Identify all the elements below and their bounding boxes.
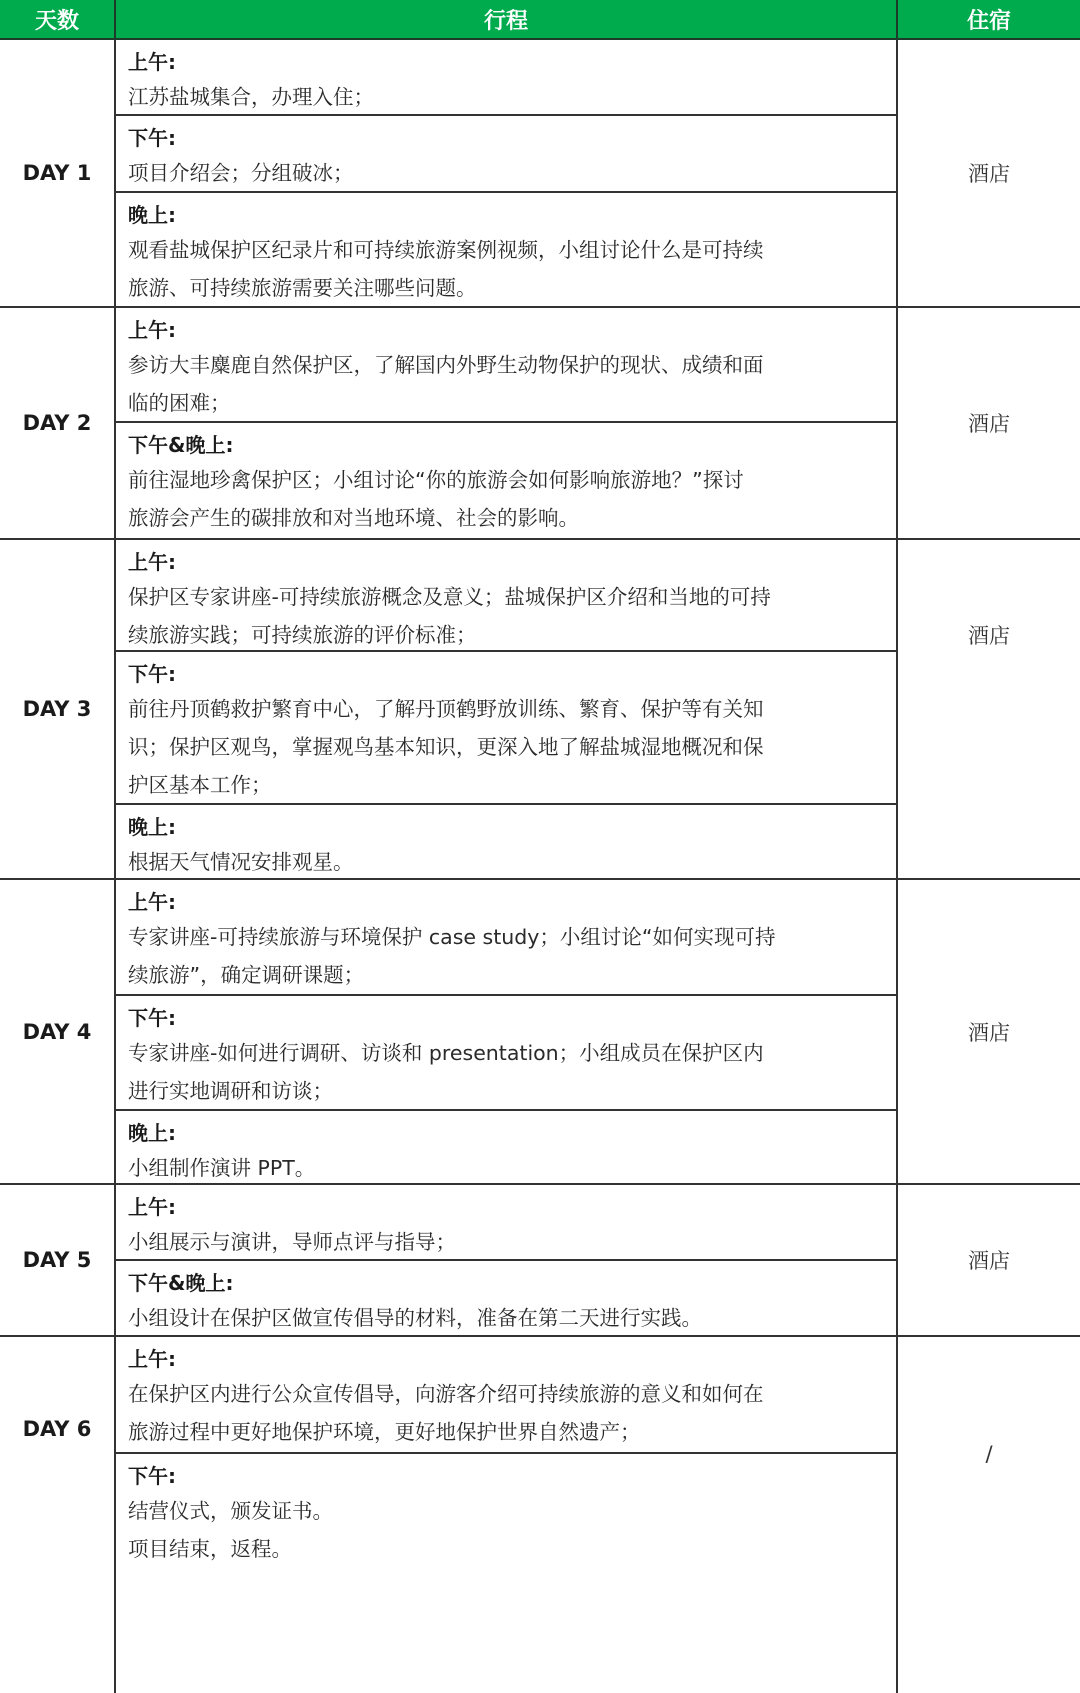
segment-label: 晚上: [128,811,896,843]
segment-label: 上午: [128,1191,896,1223]
segment: 晚上: 根据天气情况安排观星。 [116,805,896,881]
segment-text: 专家讲座-可持续旅游与环境保护 case study；小组讨论“如何实现可持 续… [128,918,896,994]
day-row-2: DAY 2 上午: 参访大丰麋鹿自然保护区，了解国内外野生动物保护的现状、成绩和… [0,308,1080,540]
day-label: DAY 4 [0,880,116,1183]
segment: 下午: 前往丹顶鹤救护繁育中心，了解丹顶鹤野放训练、繁育、保护等有关知 识；保护… [116,652,896,805]
header-lodging: 住宿 [898,0,1080,38]
segment: 晚上: 小组制作演讲 PPT。 [116,1111,896,1187]
day-itinerary: 上午: 江苏盐城集合，办理入住； 下午: 项目介绍会；分组破冰； 晚上: 观看盐… [116,40,898,306]
itinerary-table: 天数 行程 住宿 DAY 1 上午: 江苏盐城集合，办理入住； 下午: 项目介绍… [0,0,1080,1693]
day-itinerary: 上午: 在保护区内进行公众宣传倡导，向游客介绍可持续旅游的意义和如何在 旅游过程… [116,1337,898,1693]
segment: 上午: 参访大丰麋鹿自然保护区，了解国内外野生动物保护的现状、成绩和面 临的困难… [116,308,896,423]
day-label: DAY 2 [0,308,116,538]
segment: 上午: 在保护区内进行公众宣传倡导，向游客介绍可持续旅游的意义和如何在 旅游过程… [116,1337,896,1454]
segment-label: 下午: [128,1002,896,1034]
segment-label: 晚上: [128,199,896,231]
day-itinerary: 上午: 专家讲座-可持续旅游与环境保护 case study；小组讨论“如何实现… [116,880,898,1183]
segment-text: 小组展示与演讲，导师点评与指导； [128,1223,896,1261]
segment-label: 上午: [128,886,896,918]
lodging-cell: 酒店 [898,880,1080,1183]
segment-text: 前往丹顶鹤救护繁育中心，了解丹顶鹤野放训练、繁育、保护等有关知 识；保护区观鸟，… [128,690,896,804]
day-row-1: DAY 1 上午: 江苏盐城集合，办理入住； 下午: 项目介绍会；分组破冰； 晚… [0,40,1080,308]
segment: 下午&晚上: 前往湿地珍禽保护区；小组讨论“你的旅游会如何影响旅游地？”探讨 旅… [116,423,896,538]
lodging-cell: 酒店 [898,40,1080,306]
day-label: DAY 1 [0,40,116,306]
header-itinerary: 行程 [116,0,898,38]
header-day: 天数 [0,0,116,38]
segment-text: 观看盐城保护区纪录片和可持续旅游案例视频，小组讨论什么是可持续 旅游、可持续旅游… [128,231,896,307]
segment: 下午: 专家讲座-如何进行调研、访谈和 presentation；小组成员在保护… [116,996,896,1111]
day-label: DAY 5 [0,1185,116,1335]
segment: 晚上: 观看盐城保护区纪录片和可持续旅游案例视频，小组讨论什么是可持续 旅游、可… [116,193,896,307]
segment-label: 下午: [128,1460,896,1492]
segment-text: 前往湿地珍禽保护区；小组讨论“你的旅游会如何影响旅游地？”探讨 旅游会产生的碳排… [128,461,896,537]
segment-text: 结营仪式，颁发证书。 项目结束，返程。 [128,1492,896,1568]
segment-text: 江苏盐城集合，办理入住； [128,78,896,116]
lodging-cell: 酒店 [898,308,1080,538]
lodging-cell: 酒店 [898,1185,1080,1335]
segment-label: 下午: [128,658,896,690]
segment: 上午: 小组展示与演讲，导师点评与指导； [116,1185,896,1261]
day-row-5: DAY 5 上午: 小组展示与演讲，导师点评与指导； 下午&晚上: 小组设计在保… [0,1185,1080,1337]
segment-text: 保护区专家讲座-可持续旅游概念及意义；盐城保护区介绍和当地的可持 续旅游实践；可… [128,578,896,654]
segment: 上午: 江苏盐城集合，办理入住； [116,40,896,116]
segment-label: 下午: [128,122,896,154]
day-itinerary: 上午: 小组展示与演讲，导师点评与指导； 下午&晚上: 小组设计在保护区做宣传倡… [116,1185,898,1335]
segment-label: 晚上: [128,1117,896,1149]
segment: 上午: 保护区专家讲座-可持续旅游概念及意义；盐城保护区介绍和当地的可持 续旅游… [116,540,896,652]
day-row-6: DAY 6 上午: 在保护区内进行公众宣传倡导，向游客介绍可持续旅游的意义和如何… [0,1337,1080,1693]
segment-label: 上午: [128,546,896,578]
segment-text: 项目介绍会；分组破冰； [128,154,896,192]
segment: 下午: 结营仪式，颁发证书。 项目结束，返程。 [116,1454,896,1693]
segment-text: 小组设计在保护区做宣传倡导的材料，准备在第二天进行实践。 [128,1299,896,1337]
segment: 下午&晚上: 小组设计在保护区做宣传倡导的材料，准备在第二天进行实践。 [116,1261,896,1337]
segment-text: 参访大丰麋鹿自然保护区，了解国内外野生动物保护的现状、成绩和面 临的困难； [128,346,896,422]
segment-text: 小组制作演讲 PPT。 [128,1149,896,1187]
day-label: DAY 3 [0,540,116,878]
lodging-cell: 酒店 [898,540,1080,878]
segment-label: 下午&晚上: [128,429,896,461]
day-label: DAY 6 [0,1337,116,1693]
segment-text: 根据天气情况安排观星。 [128,843,896,881]
day-row-3: DAY 3 上午: 保护区专家讲座-可持续旅游概念及意义；盐城保护区介绍和当地的… [0,540,1080,880]
segment-text: 在保护区内进行公众宣传倡导，向游客介绍可持续旅游的意义和如何在 旅游过程中更好地… [128,1375,896,1451]
table-header: 天数 行程 住宿 [0,0,1080,40]
segment-text: 专家讲座-如何进行调研、访谈和 presentation；小组成员在保护区内 进… [128,1034,896,1110]
segment: 上午: 专家讲座-可持续旅游与环境保护 case study；小组讨论“如何实现… [116,880,896,996]
segment-label: 上午: [128,1343,896,1375]
day-itinerary: 上午: 参访大丰麋鹿自然保护区，了解国内外野生动物保护的现状、成绩和面 临的困难… [116,308,898,538]
segment-label: 上午: [128,46,896,78]
segment: 下午: 项目介绍会；分组破冰； [116,116,896,193]
lodging-cell: / [898,1337,1080,1693]
day-row-4: DAY 4 上午: 专家讲座-可持续旅游与环境保护 case study；小组讨… [0,880,1080,1185]
segment-label: 上午: [128,314,896,346]
day-itinerary: 上午: 保护区专家讲座-可持续旅游概念及意义；盐城保护区介绍和当地的可持 续旅游… [116,540,898,878]
segment-label: 下午&晚上: [128,1267,896,1299]
